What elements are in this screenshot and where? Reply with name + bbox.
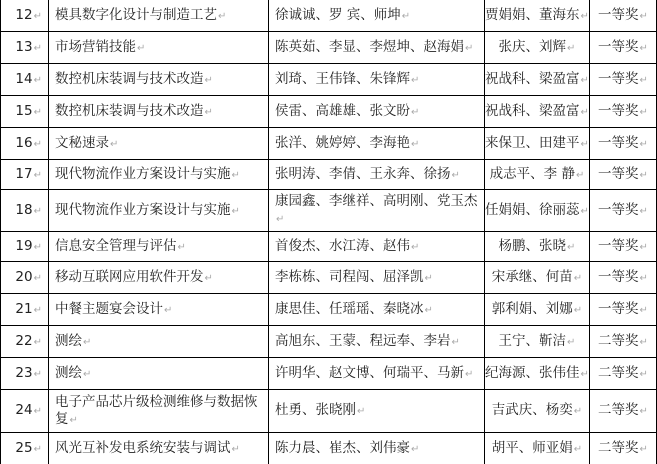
advisor-names: 王宁、靳洁 [499, 333, 567, 349]
project-name: 数控机床装调与技术改造 [55, 103, 204, 119]
paragraph-mark-icon: ↵ [205, 273, 213, 284]
row-number: 15 [15, 103, 32, 119]
project-name: 电子产品芯片级检测维修与数据恢复 [55, 394, 258, 427]
paragraph-mark-icon: ↵ [465, 369, 473, 380]
project-cell: 现代物流作业方案设计与实施↵ [49, 160, 269, 190]
project-cell: 文秘速录↵ [49, 128, 269, 160]
prize-cell: 一等奖↵ [590, 190, 657, 232]
row-number: 25 [15, 440, 32, 456]
prize-level: 一等奖 [598, 71, 639, 87]
prize-cell: 一等奖↵ [590, 160, 657, 190]
advisor-names: 贾娟娟、董海东 [485, 7, 580, 23]
paragraph-mark-icon: ↵ [640, 305, 648, 316]
paragraph-mark-icon: ↵ [640, 139, 648, 150]
student-names: 侯雷、高雄雄、张文盼 [275, 103, 410, 119]
row-number-cell: 21↵ [1, 294, 49, 326]
paragraph-mark-icon: ↵ [640, 444, 648, 455]
table-row: 25↵ 风光互补发电系统安装与调试↵ 陈力晨、崔杰、刘伟豪↵ 胡平、师亚娟↵ 二… [1, 433, 657, 464]
row-number-cell: 17↵ [1, 160, 49, 190]
paragraph-mark-icon: ↵ [567, 242, 575, 253]
project-cell: 数控机床装调与技术改造↵ [49, 96, 269, 128]
prize-cell: 一等奖↵ [590, 0, 657, 32]
advisors-cell: 祝战科、梁盈富↵ [485, 64, 590, 96]
table-row: 13↵ 市场营销技能↵ 陈英茹、李显、李煜坤、赵海娟↵ 张庆、刘辉↵ 一等奖↵ [1, 32, 657, 64]
student-names: 首俊杰、水江涛、赵伟 [275, 238, 410, 254]
students-cell: 陈英茹、李显、李煜坤、赵海娟↵ [269, 32, 485, 64]
prize-cell: 一等奖↵ [590, 96, 657, 128]
student-names: 张洋、姚婷婷、李海艳 [275, 135, 410, 151]
student-names: 高旭东、王蒙、程远奉、李岩 [275, 333, 451, 349]
prize-level: 一等奖 [598, 166, 639, 182]
paragraph-mark-icon: ↵ [34, 444, 42, 455]
advisors-cell: 成志平、李 静↵ [485, 160, 590, 190]
student-names: 康园鑫、李继祥、高明刚、党玉杰 [275, 193, 478, 209]
advisors-cell: 杨鹏、张晓↵ [485, 232, 590, 262]
row-number-cell: 12↵ [1, 0, 49, 32]
paragraph-mark-icon: ↵ [640, 369, 648, 380]
advisor-names: 来保卫、田建平 [485, 135, 580, 151]
table-row: 24↵ 电子产品芯片级检测维修与数据恢复↵ 杜勇、张晓刚↵ 吉武庆、杨奕↵ 二等… [1, 390, 657, 433]
project-cell: 测绘↵ [49, 358, 269, 390]
project-name: 现代物流作业方案设计与实施 [55, 166, 231, 182]
student-names: 许明华、赵文博、何瑞平、马新 [275, 365, 464, 381]
paragraph-mark-icon: ↵ [110, 139, 118, 150]
paragraph-mark-icon: ↵ [232, 170, 240, 181]
prize-level: 一等奖 [598, 7, 639, 23]
students-cell: 侯雷、高雄雄、张文盼↵ [269, 96, 485, 128]
paragraph-mark-icon: ↵ [83, 369, 91, 380]
advisors-cell: 郭利娟、刘娜↵ [485, 294, 590, 326]
table-row: 19↵ 信息安全管理与评估↵ 首俊杰、水江涛、赵伟↵ 杨鹏、张晓↵ 一等奖↵ [1, 232, 657, 262]
prize-cell: 一等奖↵ [590, 294, 657, 326]
student-names: 徐诚诚、罗 宾、师坤 [275, 7, 401, 23]
advisor-names: 祝战科、梁盈富 [485, 71, 580, 87]
paragraph-mark-icon: ↵ [425, 305, 433, 316]
paragraph-mark-icon: ↵ [640, 107, 648, 118]
project-name: 中餐主题宴会设计 [55, 301, 163, 317]
row-number: 12 [15, 7, 32, 23]
prize-level: 一等奖 [598, 103, 639, 119]
paragraph-mark-icon: ↵ [640, 206, 648, 217]
project-cell: 市场营销技能↵ [49, 32, 269, 64]
row-number-cell: 15↵ [1, 96, 49, 128]
advisor-names: 郭利娟、刘娜 [492, 301, 573, 317]
students-cell: 康园鑫、李继祥、高明刚、党玉杰↵ [269, 190, 485, 232]
paragraph-mark-icon: ↵ [205, 107, 213, 118]
students-cell: 高旭东、王蒙、程远奉、李岩↵ [269, 326, 485, 358]
row-number: 20 [15, 269, 32, 285]
paragraph-mark-icon: ↵ [83, 337, 91, 348]
paragraph-mark-icon: ↵ [205, 75, 213, 86]
prize-level: 一等奖 [598, 238, 639, 254]
project-cell: 电子产品芯片级检测维修与数据恢复↵ [49, 390, 269, 433]
student-names: 李栋栋、司程闯、屈泽凯 [275, 269, 424, 285]
paragraph-mark-icon: ↵ [452, 170, 460, 181]
paragraph-mark-icon: ↵ [465, 43, 473, 54]
prize-cell: 一等奖↵ [590, 64, 657, 96]
row-number: 23 [15, 365, 32, 381]
project-cell: 信息安全管理与评估↵ [49, 232, 269, 262]
students-cell: 康思佳、任瑶瑶、秦晓冰↵ [269, 294, 485, 326]
paragraph-mark-icon: ↵ [34, 139, 42, 150]
advisor-names: 宋承继、何苗 [492, 269, 573, 285]
advisor-names: 张庆、刘辉 [499, 39, 567, 55]
project-name: 文秘速录 [55, 135, 109, 151]
project-name: 现代物流作业方案设计与实施 [55, 202, 231, 218]
project-cell: 数控机床装调与技术改造↵ [49, 64, 269, 96]
paragraph-mark-icon: ↵ [567, 43, 575, 54]
advisors-cell: 纪海源、张伟佳↵ [485, 358, 590, 390]
row-number-cell: 25↵ [1, 433, 49, 464]
paragraph-mark-icon: ↵ [34, 369, 42, 380]
prize-cell: 一等奖↵ [590, 262, 657, 294]
paragraph-mark-icon: ↵ [411, 107, 419, 118]
advisor-names: 杨鹏、张晓 [499, 238, 567, 254]
project-cell: 移动互联网应用软件开发↵ [49, 262, 269, 294]
row-number: 16 [15, 135, 32, 151]
students-cell: 刘琦、王伟锋、朱锋辉↵ [269, 64, 485, 96]
advisors-cell: 来保卫、田建平↵ [485, 128, 590, 160]
table-row: 22↵ 测绘↵ 高旭东、王蒙、程远奉、李岩↵ 王宁、靳洁↵ 二等奖↵ [1, 326, 657, 358]
paragraph-mark-icon: ↵ [574, 273, 582, 284]
row-number: 18 [15, 202, 32, 218]
student-names: 杜勇、张晓刚 [275, 402, 356, 418]
row-number-cell: 20↵ [1, 262, 49, 294]
row-number: 24 [15, 402, 32, 418]
paragraph-mark-icon: ↵ [232, 206, 240, 217]
paragraph-mark-icon: ↵ [581, 11, 589, 22]
prize-level: 一等奖 [598, 301, 639, 317]
prize-cell: 二等奖↵ [590, 326, 657, 358]
paragraph-mark-icon: ↵ [581, 139, 589, 150]
paragraph-mark-icon: ↵ [576, 170, 584, 181]
advisor-names: 成志平、李 静 [490, 166, 575, 182]
project-name: 测绘 [55, 333, 82, 349]
row-number-cell: 16↵ [1, 128, 49, 160]
table-row: 15↵ 数控机床装调与技术改造↵ 侯雷、高雄雄、张文盼↵ 祝战科、梁盈富↵ 一等… [1, 96, 657, 128]
paragraph-mark-icon: ↵ [411, 242, 419, 253]
project-name: 数控机床装调与技术改造 [55, 71, 204, 87]
row-number-cell: 24↵ [1, 390, 49, 433]
row-number: 19 [15, 238, 32, 254]
prize-level: 一等奖 [598, 202, 639, 218]
paragraph-mark-icon: ↵ [276, 214, 284, 225]
paragraph-mark-icon: ↵ [640, 337, 648, 348]
paragraph-mark-icon: ↵ [640, 273, 648, 284]
paragraph-mark-icon: ↵ [34, 43, 42, 54]
paragraph-mark-icon: ↵ [640, 75, 648, 86]
paragraph-mark-icon: ↵ [70, 415, 78, 426]
row-number-cell: 19↵ [1, 232, 49, 262]
project-name: 移动互联网应用软件开发 [55, 269, 204, 285]
project-cell: 现代物流作业方案设计与实施↵ [49, 190, 269, 232]
advisors-cell: 宋承继、何苗↵ [485, 262, 590, 294]
prize-level: 二等奖 [598, 365, 639, 381]
row-number: 14 [15, 71, 32, 87]
paragraph-mark-icon: ↵ [425, 273, 433, 284]
paragraph-mark-icon: ↵ [581, 75, 589, 86]
advisors-cell: 任娟娟、徐丽蕊↵ [485, 190, 590, 232]
paragraph-mark-icon: ↵ [640, 43, 648, 54]
project-cell: 模具数字化设计与制造工艺↵ [49, 0, 269, 32]
advisor-names: 胡平、师亚娟 [492, 440, 573, 456]
row-number: 21 [15, 301, 32, 317]
students-cell: 杜勇、张晓刚↵ [269, 390, 485, 433]
prize-cell: 一等奖↵ [590, 232, 657, 262]
table-row: 12↵ 模具数字化设计与制造工艺↵ 徐诚诚、罗 宾、师坤↵ 贾娟娟、董海东↵ 一… [1, 0, 657, 32]
project-name: 测绘 [55, 365, 82, 381]
prize-cell: 二等奖↵ [590, 433, 657, 464]
advisors-cell: 王宁、靳洁↵ [485, 326, 590, 358]
project-cell: 测绘↵ [49, 326, 269, 358]
paragraph-mark-icon: ↵ [34, 11, 42, 22]
student-names: 康思佳、任瑶瑶、秦晓冰 [275, 301, 424, 317]
paragraph-mark-icon: ↵ [34, 305, 42, 316]
student-names: 刘琦、王伟锋、朱锋辉 [275, 71, 410, 87]
paragraph-mark-icon: ↵ [34, 337, 42, 348]
paragraph-mark-icon: ↵ [574, 305, 582, 316]
row-number: 13 [15, 39, 32, 55]
prize-level: 一等奖 [598, 39, 639, 55]
paragraph-mark-icon: ↵ [34, 242, 42, 253]
paragraph-mark-icon: ↵ [640, 406, 648, 417]
advisor-names: 祝战科、梁盈富 [485, 103, 580, 119]
paragraph-mark-icon: ↵ [34, 75, 42, 86]
table-row: 16↵ 文秘速录↵ 张洋、姚婷婷、李海艳↵ 来保卫、田建平↵ 一等奖↵ [1, 128, 657, 160]
row-number-cell: 22↵ [1, 326, 49, 358]
table-row: 14↵ 数控机床装调与技术改造↵ 刘琦、王伟锋、朱锋辉↵ 祝战科、梁盈富↵ 一等… [1, 64, 657, 96]
paragraph-mark-icon: ↵ [34, 206, 42, 217]
awards-table-body: 12↵ 模具数字化设计与制造工艺↵ 徐诚诚、罗 宾、师坤↵ 贾娟娟、董海东↵ 一… [1, 0, 657, 464]
paragraph-mark-icon: ↵ [452, 337, 460, 348]
paragraph-mark-icon: ↵ [581, 206, 589, 217]
paragraph-mark-icon: ↵ [357, 406, 365, 417]
row-number: 17 [15, 166, 32, 182]
advisors-cell: 吉武庆、杨奕↵ [485, 390, 590, 433]
advisors-cell: 胡平、师亚娟↵ [485, 433, 590, 464]
paragraph-mark-icon: ↵ [34, 170, 42, 181]
paragraph-mark-icon: ↵ [34, 406, 42, 417]
awards-table: 12↵ 模具数字化设计与制造工艺↵ 徐诚诚、罗 宾、师坤↵ 贾娟娟、董海东↵ 一… [0, 0, 657, 464]
advisor-names: 任娟娟、徐丽蕊 [485, 202, 580, 218]
row-number-cell: 18↵ [1, 190, 49, 232]
paragraph-mark-icon: ↵ [581, 369, 589, 380]
paragraph-mark-icon: ↵ [640, 242, 648, 253]
prize-cell: 二等奖↵ [590, 358, 657, 390]
student-names: 陈英茹、李显、李煜坤、赵海娟 [275, 39, 464, 55]
students-cell: 许明华、赵文博、何瑞平、马新↵ [269, 358, 485, 390]
paragraph-mark-icon: ↵ [137, 43, 145, 54]
paragraph-mark-icon: ↵ [574, 444, 582, 455]
students-cell: 张明涛、李倩、王永奔、徐扬↵ [269, 160, 485, 190]
table-row: 20↵ 移动互联网应用软件开发↵ 李栋栋、司程闯、屈泽凯↵ 宋承继、何苗↵ 一等… [1, 262, 657, 294]
paragraph-mark-icon: ↵ [232, 444, 240, 455]
project-name: 风光互补发电系统安装与调试 [55, 440, 231, 456]
table-row: 23↵ 测绘↵ 许明华、赵文博、何瑞平、马新↵ 纪海源、张伟佳↵ 二等奖↵ [1, 358, 657, 390]
row-number-cell: 14↵ [1, 64, 49, 96]
prize-cell: 一等奖↵ [590, 128, 657, 160]
paragraph-mark-icon: ↵ [574, 406, 582, 417]
paragraph-mark-icon: ↵ [411, 444, 419, 455]
advisors-cell: 贾娟娟、董海东↵ [485, 0, 590, 32]
students-cell: 徐诚诚、罗 宾、师坤↵ [269, 0, 485, 32]
paragraph-mark-icon: ↵ [411, 75, 419, 86]
project-cell: 风光互补发电系统安装与调试↵ [49, 433, 269, 464]
project-name: 市场营销技能 [55, 39, 136, 55]
prize-cell: 一等奖↵ [590, 32, 657, 64]
row-number: 22 [15, 333, 32, 349]
paragraph-mark-icon: ↵ [567, 337, 575, 348]
advisors-cell: 祝战科、梁盈富↵ [485, 96, 590, 128]
table-row: 21↵ 中餐主题宴会设计↵ 康思佳、任瑶瑶、秦晓冰↵ 郭利娟、刘娜↵ 一等奖↵ [1, 294, 657, 326]
prize-cell: 二等奖↵ [590, 390, 657, 433]
paragraph-mark-icon: ↵ [640, 11, 648, 22]
paragraph-mark-icon: ↵ [218, 11, 226, 22]
students-cell: 张洋、姚婷婷、李海艳↵ [269, 128, 485, 160]
prize-level: 二等奖 [598, 440, 639, 456]
paragraph-mark-icon: ↵ [581, 107, 589, 118]
prize-level: 二等奖 [598, 333, 639, 349]
paragraph-mark-icon: ↵ [34, 273, 42, 284]
students-cell: 首俊杰、水江涛、赵伟↵ [269, 232, 485, 262]
advisor-names: 纪海源、张伟佳 [485, 365, 580, 381]
student-names: 张明涛、李倩、王永奔、徐扬 [275, 166, 451, 182]
row-number-cell: 13↵ [1, 32, 49, 64]
project-cell: 中餐主题宴会设计↵ [49, 294, 269, 326]
students-cell: 李栋栋、司程闯、屈泽凯↵ [269, 262, 485, 294]
row-number-cell: 23↵ [1, 358, 49, 390]
project-name: 信息安全管理与评估 [55, 238, 177, 254]
students-cell: 陈力晨、崔杰、刘伟豪↵ [269, 433, 485, 464]
advisor-names: 吉武庆、杨奕 [492, 402, 573, 418]
advisors-cell: 张庆、刘辉↵ [485, 32, 590, 64]
prize-level: 二等奖 [598, 402, 639, 418]
table-row: 17↵ 现代物流作业方案设计与实施↵ 张明涛、李倩、王永奔、徐扬↵ 成志平、李 … [1, 160, 657, 190]
paragraph-mark-icon: ↵ [411, 139, 419, 150]
paragraph-mark-icon: ↵ [402, 11, 410, 22]
project-name: 模具数字化设计与制造工艺 [55, 7, 217, 23]
paragraph-mark-icon: ↵ [164, 305, 172, 316]
prize-level: 一等奖 [598, 135, 639, 151]
paragraph-mark-icon: ↵ [640, 170, 648, 181]
paragraph-mark-icon: ↵ [34, 107, 42, 118]
table-row: 18↵ 现代物流作业方案设计与实施↵ 康园鑫、李继祥、高明刚、党玉杰↵ 任娟娟、… [1, 190, 657, 232]
student-names: 陈力晨、崔杰、刘伟豪 [275, 440, 410, 456]
prize-level: 一等奖 [598, 269, 639, 285]
paragraph-mark-icon: ↵ [178, 242, 186, 253]
